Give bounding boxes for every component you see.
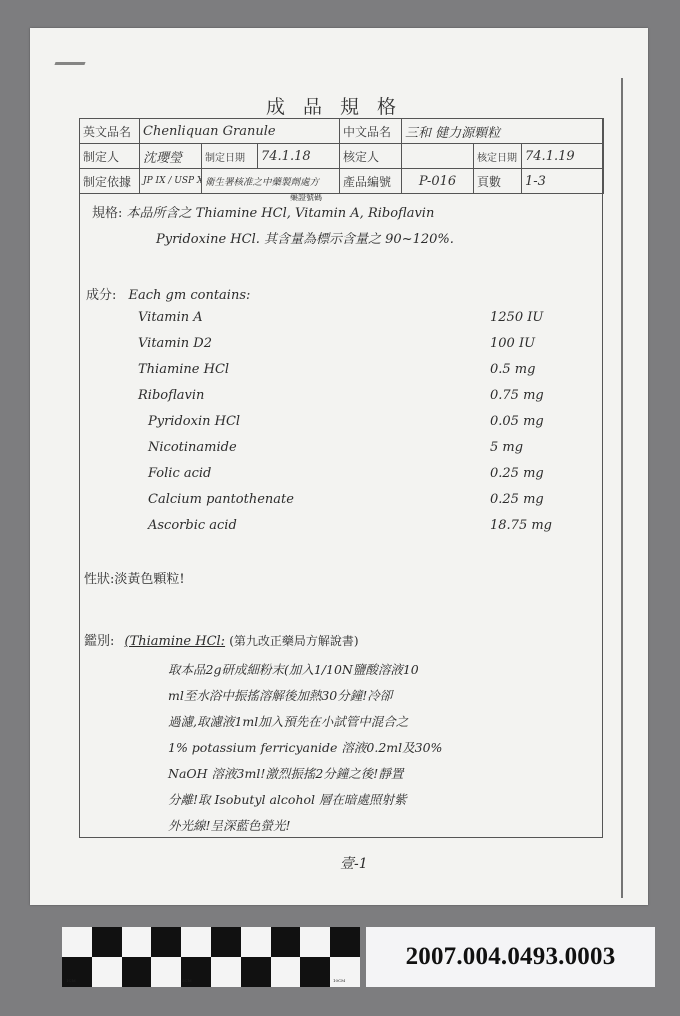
ingredient-amount: 18.75 mg: [490, 518, 552, 533]
identification-item-note: (第九改正藥局方解說書): [229, 634, 358, 648]
ingredient-name: Vitamin A: [138, 310, 203, 325]
ingredient-amount: 0.75 mg: [490, 388, 544, 403]
pages-label: 頁數: [474, 169, 522, 194]
basis-value: JP IX / USP XXI: [140, 169, 202, 194]
pencil-mark: [54, 62, 85, 65]
identification-line: 1% potassium ferricyanide 溶液0.2ml及30%: [168, 738, 442, 756]
ingredient-name: Calcium pantothenate: [148, 492, 294, 507]
ruler-square: [211, 927, 241, 957]
ingredient-amount: 0.25 mg: [490, 466, 544, 481]
ruler-square: [122, 957, 152, 987]
specification-text-1: 本品所含之 Thiamine HCl, Vitamin A, Riboflavi…: [127, 206, 435, 221]
ruler-label-5cm: 5CM: [182, 978, 192, 983]
ruler-square: [122, 927, 152, 957]
composition-header: 成分: Each gm contains:: [86, 284, 250, 303]
ruler-square: [92, 957, 122, 987]
identification-line: 外光線!呈深藍色螢光!: [168, 816, 291, 834]
author-label: 制定人: [80, 144, 140, 169]
author-value: 沈瓔瑩: [140, 144, 202, 169]
ruler-square: [181, 927, 211, 957]
ingredient-name: Ascorbic acid: [148, 518, 237, 533]
ingredient-amount: 0.25 mg: [490, 492, 544, 507]
scale-ruler: [62, 927, 360, 987]
specification-line-2: Pyridoxine HCl. 其含量為標示含量之 90~120%.: [156, 228, 454, 247]
pages-value: 1-3: [522, 169, 604, 194]
chinese-name-value: 三和 健力源顆粒: [402, 119, 604, 144]
ruler-square: [300, 957, 330, 987]
ruler-square: [92, 927, 122, 957]
document-title: 成品規格: [240, 92, 440, 119]
ingredient-amount: 0.05 mg: [490, 414, 544, 429]
specification-line-1: 規格: 本品所含之 Thiamine HCl, Vitamin A, Ribof…: [92, 202, 434, 221]
ruler-label-10cm: 10CM: [333, 978, 345, 983]
ingredient-amount: 0.5 mg: [490, 362, 535, 377]
identification-label: 鑑別:: [84, 634, 114, 649]
chinese-name-label: 中文品名: [340, 119, 402, 144]
identification-item-heading: (Thiamine HCl:: [125, 634, 226, 649]
date-reviewed-value: 74.1.19: [522, 144, 604, 169]
ingredient-name: Pyridoxin HCl: [148, 414, 240, 429]
ingredient-name: Folic acid: [148, 466, 211, 481]
composition-label: 成分:: [86, 288, 116, 303]
ruler-square: [62, 927, 92, 957]
composition-intro: Each gm contains:: [129, 288, 251, 303]
date-reviewed-label: 核定日期: [474, 144, 522, 169]
basis-label: 制定依據: [80, 169, 140, 194]
reviewer-label: 核定人: [340, 144, 402, 169]
identification-line: NaOH 溶液3ml!激烈振搖2分鐘之後!靜置: [168, 764, 403, 782]
ruler-square: [300, 927, 330, 957]
ruler-square: [151, 927, 181, 957]
identification-line: 過濾,取濾液1ml加入預先在小試管中混合之: [168, 712, 408, 730]
basis-note-text: 衛生署核准之中藥製劑處方: [205, 177, 319, 188]
ingredient-amount: 100 IU: [490, 336, 535, 351]
identification-line: 分離!取 Isobutyl alcohol 層在暗處照射紫: [168, 790, 407, 808]
page-number: 壹-1: [340, 853, 368, 873]
date-set-label: 制定日期: [202, 144, 258, 169]
product-no-label: 產品編號: [340, 169, 402, 194]
header-table: 英文品名 Chenliquan Granule 中文品名 三和 健力源顆粒 制定…: [79, 118, 604, 194]
paper-edge-line: [621, 78, 623, 898]
english-name-value: Chenliquan Granule: [140, 119, 340, 144]
ingredient-name: Thiamine HCl: [138, 362, 229, 377]
ruler-square: [241, 927, 271, 957]
identification-line: 取本品2g研成細粉末(加入1/10N鹽酸溶液10: [168, 660, 419, 678]
ingredient-name: Riboflavin: [138, 388, 204, 403]
ruler-square: [330, 927, 360, 957]
reviewer-value: [402, 144, 474, 169]
specification-label: 規格:: [92, 206, 122, 221]
ruler-square: [151, 957, 181, 987]
ruler-square: [271, 957, 301, 987]
date-set-value: 74.1.18: [258, 144, 340, 169]
ruler-square: [211, 957, 241, 987]
identification-heading: 鑑別: (Thiamine HCl: (第九改正藥局方解說書): [84, 630, 359, 649]
basis-note: 衛生署核准之中藥製劑處方: [202, 169, 340, 194]
ruler-square: [271, 927, 301, 957]
ruler-label-1cm: 1CM: [66, 978, 76, 983]
ingredient-name: Nicotinamide: [148, 440, 237, 455]
english-name-label: 英文品名: [80, 119, 140, 144]
ingredient-amount: 1250 IU: [490, 310, 543, 325]
ingredient-name: Vitamin D2: [138, 336, 212, 351]
identification-line: ml至水浴中振搖溶解後加熱30分鐘!冷卻: [168, 686, 392, 704]
ingredient-amount: 5 mg: [490, 440, 523, 455]
ruler-square: [241, 957, 271, 987]
appearance-text: 性狀:淡黃色顆粒!: [84, 568, 185, 587]
product-no-value: P-016: [402, 169, 474, 194]
accession-number: 2007.004.0493.0003: [366, 927, 655, 987]
